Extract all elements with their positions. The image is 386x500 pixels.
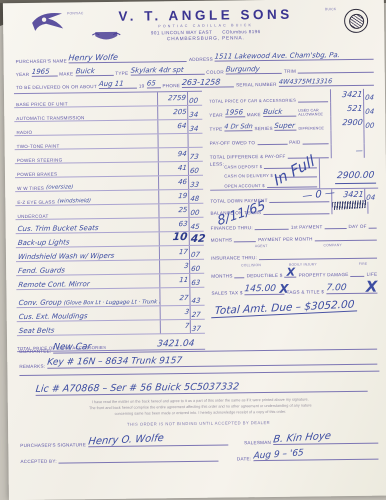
charges-table: BASE PRICE OF UNIT275900AUTOMATIC TRANSM…	[14, 91, 205, 339]
sales-tax-x-mark: X	[279, 282, 288, 296]
order-date-value: Aug 9 – '65	[253, 448, 304, 461]
address-value: 1511 Lakewood Ave. Cham'sbg, Pa.	[214, 51, 340, 61]
charge-label: Cus. Trim Bucket Seats	[17, 224, 99, 233]
charge-amount-cents: 34	[189, 125, 199, 133]
dealer-brands: PONTIAC CADILLAC BUICK	[113, 23, 298, 29]
dealer-emblem-icon	[344, 9, 368, 33]
charge-label: Windshield Wash w/ Wipers	[18, 252, 115, 261]
purchaser-name-value: Henry Wolfe	[68, 53, 118, 63]
charge-amount-dollars: 27	[179, 294, 189, 302]
buick-label: BUICK	[325, 7, 336, 11]
charge-amount-dollars: 41	[178, 164, 188, 172]
salesman-signature: B. Kin Hoye	[272, 431, 331, 446]
year-value: 1965	[31, 68, 50, 76]
charge-label: POWER STEERING	[17, 158, 63, 164]
accepted-by-label: ACCEPTED BY:	[20, 459, 57, 464]
address-label: ADDRESS	[189, 57, 213, 62]
pontiac-label: PONTIAC	[67, 11, 84, 15]
scratched-out-amount	[332, 200, 366, 210]
charge-amount-dollars: 3	[184, 308, 189, 316]
charge-amount-dollars: 19	[178, 192, 188, 200]
cash-deposit-label: CASH DEPOSIT $	[224, 164, 262, 169]
allowance-cents: 04	[365, 108, 375, 116]
delivery-date-value: Aug 11	[98, 80, 124, 88]
date-label: DATE:	[237, 456, 251, 461]
charge-label: E-Z EYE GLASS	[17, 200, 55, 205]
total-difference-value: —	[355, 147, 363, 155]
year-label: YEAR	[16, 72, 30, 77]
order-body: BASE PRICE OF UNIT275900AUTOMATIC TRANSM…	[14, 89, 380, 339]
purchaser-signature-label: PURCHASER'S SIGNATURE	[20, 442, 86, 448]
less-label: LESS:	[210, 160, 224, 167]
charge-amount-dollars: 3	[183, 262, 188, 270]
dealer-street: 901 LINCOLN WAY EAST	[151, 30, 212, 36]
serial-value: 4W4375M13316	[278, 77, 332, 86]
fine-print: I have read the matter on the back hereo…	[42, 397, 359, 418]
make-label: MAKE	[59, 71, 73, 76]
charge-amount-cents: 60	[191, 265, 201, 273]
charge-amount-dollars: 17	[179, 248, 189, 256]
charge-amount-cents: 42	[190, 233, 206, 245]
charge-amount-cents: 48	[190, 195, 200, 203]
guarantee-label: GUARANTEE:	[19, 349, 51, 354]
charge-amount-dollars: 2759	[168, 94, 187, 102]
license-row: Lic # A70868 – Ser # 56 Buick 5C5037332	[19, 375, 379, 396]
salesman-label: SALESMAN	[244, 440, 271, 445]
charge-amount-cents: 07	[191, 251, 201, 259]
dealer-city: CHAMBERSBURG, PENNA.	[113, 35, 298, 42]
charge-label: Conv. Group	[18, 299, 62, 308]
guarantee-row: GUARANTEE: New Car REMARKS: Key # 16N – …	[19, 337, 379, 369]
charge-label: RADIO	[16, 130, 32, 135]
cash-on-delivery-label: CASH ON DELIVERY $	[224, 173, 273, 179]
charge-amount-cents: 33	[190, 181, 200, 189]
type-label: TYPE	[115, 71, 128, 76]
charge-label: Cus. Ext. Mouldings	[18, 312, 88, 321]
guarantee-value: New Car	[53, 342, 92, 352]
remarks-label: REMARKS:	[19, 364, 45, 369]
charge-label: POWER BRAKES	[17, 172, 57, 177]
charge-label: TWO-TONE PAINT	[17, 144, 60, 150]
charge-note: (Glove Box Lt · Luggage Lt · Trunk Light…	[63, 299, 159, 306]
charge-label: Remote Cont. Mirror	[18, 280, 90, 289]
used-make-value: Buick	[262, 108, 282, 116]
charge-label: BASE PRICE OF UNIT	[16, 101, 68, 107]
charge-amount-cents: 27	[191, 311, 201, 319]
license-serial-value: Lic # A70868 – Ser # 56 Buick 5C5037332	[35, 381, 240, 395]
year-prefix: 19	[139, 83, 145, 88]
charge-label: Back-up Lights	[17, 238, 70, 247]
difference-cents: 00	[365, 122, 375, 130]
charge-note: (windshield)	[57, 198, 91, 204]
sales-tax-value: 145.00	[244, 284, 277, 294]
used-year-value: 1956	[224, 108, 243, 116]
charge-amount-dollars: 11	[179, 276, 189, 284]
cash-on-delivery-value: 2900.00	[336, 171, 374, 181]
charge-amount-cents: 43	[191, 297, 201, 305]
charge-amount-dollars: 46	[178, 178, 188, 186]
trim-label: TRIM	[284, 69, 296, 74]
color-value: Burgundy	[225, 65, 260, 73]
charge-note: (oversize)	[46, 184, 74, 190]
tags-title-value: 7.00	[326, 283, 347, 293]
charge-amount-dollars: 64	[177, 122, 187, 130]
purchaser-section: PURCHASER'S NAME Henry Wolfe ADDRESS 151…	[15, 47, 375, 90]
make-value: Buick	[75, 67, 95, 75]
phone-value: 263-1258	[182, 78, 222, 87]
total-price-cents: 04	[365, 94, 375, 102]
charge-amount-dollars: 10	[172, 231, 188, 243]
dealer-phone: COlumbus 8196	[222, 29, 260, 34]
signature-block: PURCHASER'S SIGNATURE Henry O. Wolfe SAL…	[20, 427, 380, 464]
dealer-name: V. T. ANGLE SONS	[113, 7, 298, 24]
charge-amount-cents: 00	[190, 209, 200, 217]
charge-amount-dollars: 63	[178, 220, 188, 228]
used-type-value: 4 Dr Sdn	[224, 122, 253, 130]
charge-amount-cents: 34	[189, 111, 199, 119]
purchase-order-document: PONTIAC V. T. ANGLE SONS PONTIAC CADILLA…	[3, 0, 386, 500]
charge-amount-cents: 45	[190, 223, 200, 231]
charge-label: W W TIRES	[17, 186, 44, 191]
settlement-column: TOTAL PRICE OF CAR & ACCESSORIES 342104 …	[209, 89, 380, 337]
charge-amount-cents: 63	[191, 279, 201, 287]
total-due-row: Total Amt. Due – $3052.00	[211, 294, 379, 316]
pontiac-indian-head-icon	[29, 8, 65, 37]
charge-amount-cents: 73	[189, 153, 199, 161]
delivery-year-value: 65	[146, 79, 156, 87]
charge-amount-dollars: 94	[177, 150, 187, 158]
charge-amount-cents: 37	[191, 325, 201, 333]
serial-label: SERIAL NUMBER	[236, 82, 277, 87]
charge-amount-dollars: 7	[184, 322, 189, 330]
series-value: Super	[274, 122, 295, 130]
charge-amount-cents: 00	[189, 97, 199, 105]
charge-amount-dollars: 205	[172, 108, 186, 116]
type-value: Skylark 4dr spt	[130, 66, 184, 75]
charge-label: UNDERCOAT	[17, 214, 48, 219]
dealer-letterhead: V. T. ANGLE SONS PONTIAC CADILLAC BUICK …	[113, 7, 298, 43]
charge-label: AUTOMATIC TRANSMISSION	[16, 115, 84, 121]
difference-dollars: 2900	[342, 118, 363, 127]
purchaser-signature: Henry O. Wolfe	[87, 433, 164, 448]
purchaser-name-label: PURCHASER'S NAME	[16, 58, 67, 64]
color-label: COLOR	[206, 70, 224, 75]
charge-amount-cents: 60	[190, 167, 200, 175]
charge-amount-dollars: 25	[178, 206, 188, 214]
delivery-label: TO BE DELIVERED ON OR ABOUT	[16, 84, 97, 90]
charge-label: Seat Belts	[18, 327, 54, 335]
remarks-value: Key # 16N – 8634 Trunk 9157	[47, 356, 183, 368]
total-amount-due: Total Amt. Due – $3052.00	[211, 298, 358, 318]
charge-label: Fend. Guards	[18, 266, 66, 275]
sales-tax-row: SALES TAX $ 145.00X TAGS & TITLE $ 7.00X	[211, 277, 379, 296]
open-account-label: OPEN ACCOUNT $	[224, 183, 264, 188]
